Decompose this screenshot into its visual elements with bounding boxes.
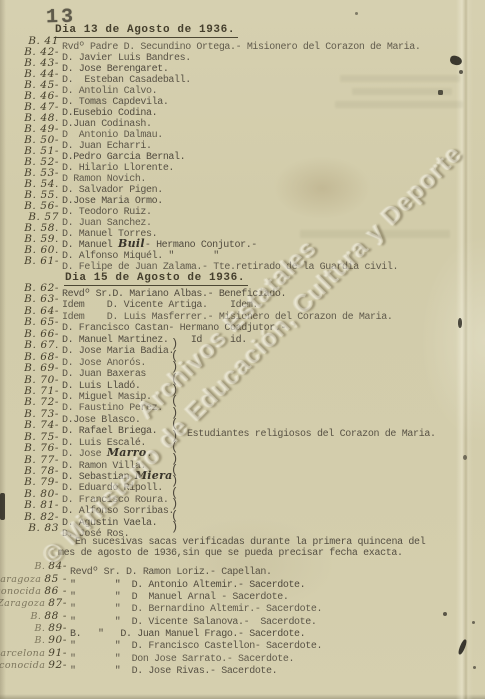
entry-number-handwritten: B. 67. (24, 339, 59, 351)
entry-number-cell: B. 74- (14, 420, 62, 431)
list-item: B. 43-D. Jose Berengaret. (14, 58, 480, 69)
entry-number-cell: B. 62- (14, 283, 62, 294)
entry-number: 87- (48, 597, 67, 609)
entry-number-cell: B. 77- (14, 455, 62, 466)
entry-number-cell: B. 70- (14, 375, 62, 386)
note-line: En sucesivas sacas verificadas durante l… (75, 537, 480, 549)
entry-number-handwritten: B.90- (34, 634, 67, 646)
entry-number-handwritten: B. 76- (24, 442, 59, 454)
entry-number-handwritten: B. 79- (24, 476, 59, 488)
list-item: B.90-" " D. Francisco Castellon- Sacerdo… (14, 635, 480, 647)
ink-speck (443, 612, 447, 616)
entry-number-handwritten: B. 83 (28, 522, 59, 534)
entry-number-cell: Zaragoza87- (14, 598, 70, 609)
list-item: Barcelona91-" " Don Jose Sarrato.- Sacer… (14, 648, 480, 660)
entry-number-cell: desconocida86 - (14, 586, 70, 597)
entry-number-handwritten: B. 70- (24, 374, 59, 386)
title-row: Dia 13 de Agosto de 1936. (14, 19, 480, 36)
list-item: B. 77-D. Ramon Villa.) (14, 455, 480, 466)
entry-number-cell: Barcelona91- (14, 648, 70, 659)
ink-speck (459, 70, 463, 74)
entry-number-cell: B. 71- (14, 386, 62, 397)
list-item: B.88 -" " D. Vicente Salanova.- Sacerdot… (14, 611, 480, 623)
entry-number-cell: B. 75- (14, 432, 62, 443)
list-item: B. 62-Revdº Sr.D. Mariano Albas.- Benefi… (14, 283, 480, 294)
entry-number-handwritten: B. 65- (24, 316, 59, 328)
list-item: B.89-B. " D. Juan Manuel Frago.- Sacerdo… (14, 623, 480, 635)
margin-annotation: B. (34, 623, 45, 634)
list-item: Zaragoza87-" " D. Bernardino Altemir.- S… (14, 598, 480, 610)
ink-speck (355, 12, 358, 15)
entry-number-handwritten: B. 68- (24, 351, 59, 363)
list-item: Zaragoza85 -" " D. Antonio Altemir.- Sac… (14, 574, 480, 586)
ink-speck (0, 493, 5, 520)
ink-speck (473, 666, 476, 669)
margin-annotation: B. (31, 611, 42, 622)
entry-text: " " D. Jose Rivas.- Sacerdote. (70, 666, 277, 677)
entry-number-cell: B.90- (14, 635, 70, 646)
entry-number-handwritten: Zaragoza85 - (0, 573, 67, 585)
entry-number-handwritten: B. 80- (24, 488, 59, 500)
margin-annotation: Barcelona (0, 648, 45, 659)
ghost-text-impression (300, 230, 450, 238)
list-item: desconocida86 -" " D Manuel Arnal - Sace… (14, 586, 480, 598)
entry-number-handwritten: B.84- (34, 560, 67, 572)
list-item: B. 56-D. Teodoro Ruiz. (14, 201, 480, 212)
entry-number-cell: B. 73- (14, 409, 62, 420)
margin-annotation: Desconocida (0, 660, 45, 671)
entry-number-cell: Zaragoza85 - (14, 574, 70, 585)
list-item: B. 65-D. Francisco Castan- Hermano Coadj… (14, 317, 480, 328)
entry-number-cell: B. 76- (14, 443, 62, 454)
entry-number-handwritten: Desconocida92- (0, 659, 67, 671)
entry-number-handwritten: B. 63- (24, 293, 59, 305)
list-item: B. 51-D.Pedro Garcia Bernal. (14, 146, 480, 157)
entry-list: B. 41Rvdº Padre D. Secundino Ortega.- Mi… (14, 36, 480, 672)
entry-number-cell: B. 83 (14, 523, 62, 534)
entry-number-cell: B. 69- (14, 363, 62, 374)
entry-number-cell: B. 61- (14, 256, 62, 267)
entry-text: D. Felipe de Juan Zalama.- Tte.retirado … (62, 262, 398, 273)
list-item: B. 53-D Ramon Novich. (14, 168, 480, 179)
entry-number-handwritten: B. 75- (24, 431, 59, 443)
list-item: B. 81-D. Alfonso Sorribas.) (14, 500, 480, 511)
entry-number-handwritten: B.89- (34, 622, 67, 634)
entry-number-cell: B. 72- (14, 397, 62, 408)
bracket: ) (171, 522, 178, 533)
document-body: Dia 13 de Agosto de 1936. B. 41Rvdº Padr… (14, 19, 480, 672)
entry-number: 85 - (44, 573, 67, 585)
document-page: 13 Dia 13 de Agosto de 1936. B. 41Rvdº P… (0, 0, 485, 699)
entry-number: 92- (48, 659, 67, 671)
list-item: B. 42-D. Javier Luis Bandres. (14, 47, 480, 58)
entry-number-cell: B. 82- (14, 512, 62, 523)
margin-annotation: Zaragoza (0, 598, 45, 609)
entry-number-cell: B. 67. (14, 340, 62, 351)
list-item: B. 49-D Antonio Dalmau. (14, 124, 480, 135)
list-item: B. 48.D.Juan Codinash. (14, 113, 480, 124)
list-item: B. 72-D. Faustino Perez.( (14, 397, 480, 408)
entry-number-handwritten: B. 78- (24, 465, 59, 477)
entry-number-handwritten: Zaragoza87- (0, 597, 67, 609)
list-item: Desconocida92-" " D. Jose Rivas.- Sacerd… (14, 660, 480, 672)
entry-number-cell: B. 80- (14, 489, 62, 500)
margin-annotation: desconocida (0, 586, 41, 597)
entry-number: 90- (48, 634, 67, 646)
margin-annotation: B. (34, 561, 45, 572)
entry-number-handwritten: B. 66- (24, 328, 59, 340)
list-item: B. 64-Idem D. Luis Masferrer.- Misionero… (14, 306, 480, 317)
note-line: mes de agosto de 1936,sin que se pueda p… (58, 548, 480, 560)
list-item: B. 71-D. Miguel Masip.) (14, 386, 480, 397)
list-item: B. 76-D. Jose Marro.( (14, 443, 480, 454)
list-item: B. 69-D. Juan Baxeras) (14, 363, 480, 374)
ink-speck (458, 318, 462, 328)
list-item: B. 80-D. Francisco Roura.( (14, 489, 480, 500)
list-item: B. 79-D. Eduardo Ripoll.) (14, 477, 480, 488)
entry-number-handwritten: B. 77- (24, 454, 59, 466)
entry-number: 86 - (44, 585, 67, 597)
entry-number-cell: B.84- (14, 561, 70, 572)
entry-number-cell: B. 78- (14, 466, 62, 477)
ghost-text-impression (352, 88, 452, 95)
entry-number-cell: B. 64- (14, 306, 62, 317)
margin-annotation: Zaragoza (0, 574, 41, 585)
entry-number: 89- (48, 622, 67, 634)
entry-number-handwritten: B. 73- (24, 408, 59, 420)
entry-number-cell: B. 65- (14, 317, 62, 328)
entry-number-handwritten: B. 61- (24, 255, 59, 267)
list-item: B. 70-D. Luis Lladó.( (14, 375, 480, 386)
entry-number: 88 - (44, 610, 67, 622)
list-item: B. 52-D. Hilario Llorente. (14, 157, 480, 168)
entry-number: 91- (48, 647, 67, 659)
margin-annotation: B. (34, 635, 45, 646)
entry-number-handwritten: B. 72- (24, 396, 59, 408)
entry-number: 84- (48, 560, 67, 572)
list-item: B. 82-D. Agustin Vaela.( (14, 512, 480, 523)
list-item: B.84-Revdº Sr. D. Ramon Loriz.- Capellan… (14, 561, 480, 573)
entry-number-cell: B. 79- (14, 477, 62, 488)
list-item: B. 61-D. Felipe de Juan Zalama.- Tte.ret… (14, 256, 480, 267)
entry-number-cell: B. 63- (14, 294, 62, 305)
entry-number-handwritten: B. 81- (24, 499, 59, 511)
entry-number-handwritten: desconocida86 - (0, 585, 67, 597)
entry-number-cell: B.89- (14, 623, 70, 634)
entry-number-handwritten: B. 64- (24, 305, 59, 317)
entry-number-cell: B. 81- (14, 500, 62, 511)
list-item: B. 78-D. Sebastian Miera( (14, 466, 480, 477)
list-item: B. 54.D. Salvador Pigen. (14, 179, 480, 190)
list-item: B. 50-D. Juan Echarri. (14, 135, 480, 146)
list-item: B. 73-D.Jose Blasco.) (14, 409, 480, 420)
list-item: B. 55.D.Jose Maria Ormo. (14, 190, 480, 201)
entry-number-handwritten: B. 62- (24, 282, 59, 294)
list-item: B. 68-D. Jose Anorós.( (14, 352, 480, 363)
list-item: B. 67.D. Jose Maria Badia.) (14, 340, 480, 351)
entry-number-cell: B. 68- (14, 352, 62, 363)
ghost-text-impression (340, 75, 460, 82)
list-item: B. 83D. José Ros.) (14, 523, 480, 534)
entry-number-handwritten: B. 71- (24, 385, 59, 397)
entry-number-cell: B.88 - (14, 611, 70, 622)
bracket-group-label: Estudiantes religiosos del Corazon de Ma… (187, 429, 436, 440)
entry-number-handwritten: B. 69- (24, 362, 59, 374)
note-paragraph: En sucesivas sacas verificadas durante l… (14, 535, 480, 562)
entry-number-cell: B. 66- (14, 329, 62, 340)
list-item: B. 66-D. Manuel Martinez. Id id. (14, 329, 480, 340)
list-item: B. 63-Idem D. Vicente Artiga. Idem. (14, 294, 480, 305)
entry-number-handwritten: Barcelona91- (0, 647, 67, 659)
entry-number-handwritten: B. 74- (24, 419, 59, 431)
ghost-text-impression (335, 101, 463, 108)
list-item: B. 41Rvdº Padre D. Secundino Ortega.- Mi… (14, 36, 480, 47)
list-item: B. 60.D. Alfonso Miquél. " " (14, 245, 480, 256)
entry-number-handwritten: B. 82- (24, 511, 59, 523)
entry-number-cell: Desconocida92- (14, 660, 70, 671)
list-item: B. 57D. Juan Sanchez. (14, 212, 480, 223)
ink-speck (472, 621, 475, 624)
entry-number-handwritten: B.88 - (31, 610, 67, 622)
ink-speck (463, 455, 467, 460)
